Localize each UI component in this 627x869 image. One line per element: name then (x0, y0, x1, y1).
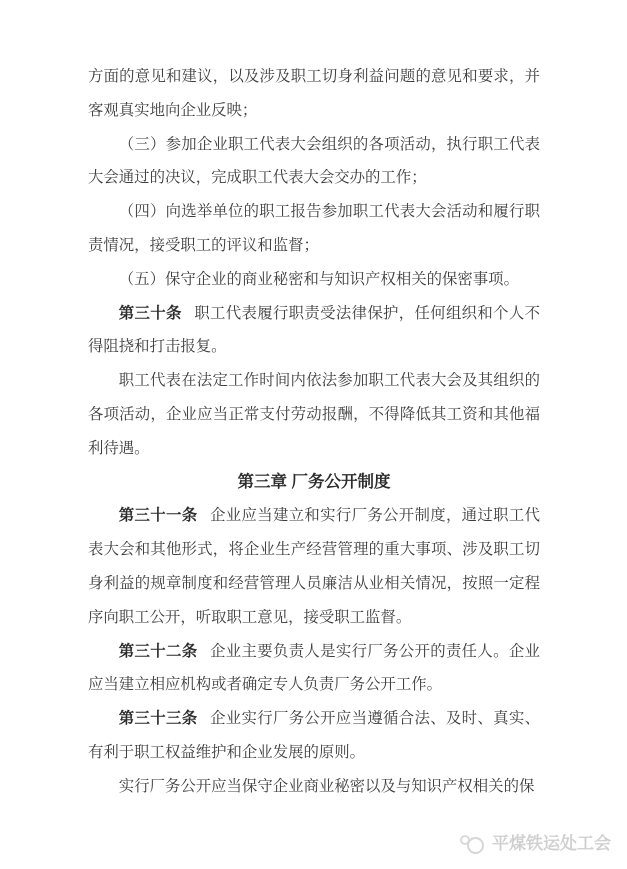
paragraph: （四）向选举单位的职工报告参加职工代表大会活动和履行职责情况，接受职工的评议和监… (88, 195, 540, 263)
document-page: 方面的意见和建议，以及涉及职工切身利益问题的意见和要求，并客观真实地向企业反映；… (0, 0, 627, 869)
wechat-account-logo-icon (460, 834, 484, 854)
paragraph: 职工代表在法定工作时间内依法参加职工代表大会及其组织的各项活动，企业应当正常支付… (88, 364, 540, 465)
paragraph: 第三十一条企业应当建立和实行厂务公开制度，通过职工代表大会和其他形式，将企业生产… (88, 499, 540, 634)
article-number: 第三十三条 (119, 710, 198, 727)
article-number: 第三十条 (119, 305, 182, 322)
article-number: 第三十一条 (119, 507, 198, 524)
watermark: 平煤铁运处工会 (460, 833, 611, 855)
paragraph: （三）参加企业职工代表大会组织的各项活动，执行职工代表大会通过的决议，完成职工代… (88, 128, 540, 196)
paragraph: 实行厂务公开应当保守企业商业秘密以及与知识产权相关的保 (88, 770, 540, 804)
paragraph: 第三十二条企业主要负责人是实行厂务公开的责任人。企业应当建立相应机构或者确定专人… (88, 635, 540, 703)
chapter-heading: 第三章 厂务公开制度 (88, 466, 540, 500)
watermark-text: 平煤铁运处工会 (492, 833, 611, 855)
article-number: 第三十二条 (119, 643, 198, 660)
paragraph: （五）保守企业的商业秘密和与知识产权相关的保密事项。 (88, 263, 540, 297)
paragraph: 第三十三条企业实行厂务公开应当遵循合法、及时、真实、有利于职工权益维护和企业发展… (88, 702, 540, 770)
paragraph: 方面的意见和建议，以及涉及职工切身利益问题的意见和要求，并客观真实地向企业反映； (88, 60, 540, 128)
document-body: 方面的意见和建议，以及涉及职工切身利益问题的意见和要求，并客观真实地向企业反映；… (88, 60, 540, 804)
paragraph: 第三十条职工代表履行职责受法律保护，任何组织和个人不得阻挠和打击报复。 (88, 297, 540, 365)
